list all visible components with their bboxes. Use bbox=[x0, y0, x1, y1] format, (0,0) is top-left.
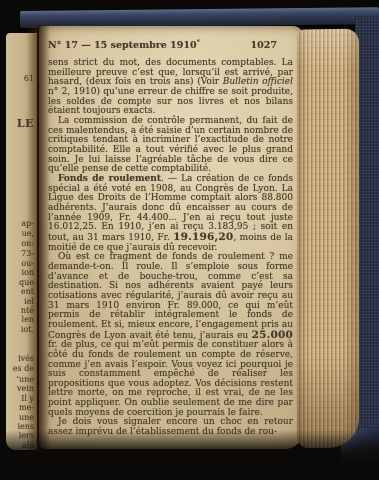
body-paragraph: Où est ce fragment de fonds de roulement… bbox=[48, 253, 293, 418]
body-paragraph: Fonds de roulement. — La création de ce … bbox=[48, 175, 293, 253]
footnote-mark: * bbox=[197, 39, 200, 46]
page-body: sens strict du mot, des documents compta… bbox=[48, 59, 293, 438]
text-segment: La commission de contrôle permanent, du … bbox=[48, 116, 293, 174]
text-segment: Fonds de roulement bbox=[58, 174, 161, 184]
text-segment: Bulletin officiel bbox=[223, 77, 293, 87]
gutter-shadow bbox=[27, 25, 50, 451]
book-cover-top-edge bbox=[20, 7, 379, 28]
text-segment: Où est ce fragment de fonds de roulement… bbox=[48, 252, 293, 340]
page-fore-edge-stack bbox=[297, 29, 359, 449]
text-segment: fr. de plus, ce qui m’eût permis de cons… bbox=[48, 340, 293, 418]
body-paragraph: sens strict du mot, des documents compta… bbox=[48, 59, 293, 117]
page-header: N° 17 — 15 septembre 1910* 1027 bbox=[48, 39, 293, 51]
book-page: N° 17 — 15 septembre 1910* 1027 sens str… bbox=[39, 26, 303, 449]
text-segment: 19.196,20 bbox=[173, 231, 233, 243]
text-segment: 25.000 bbox=[252, 329, 293, 341]
shadow-overlay bbox=[0, 430, 379, 480]
issue-text: N° 17 — 15 septembre 1910 bbox=[48, 40, 197, 51]
book-photo: 61LEap-ue,on:73-ou-ionqueentielntéleniot… bbox=[0, 0, 379, 480]
page-number: 1027 bbox=[251, 40, 293, 51]
issue-label: N° 17 — 15 septembre 1910* bbox=[48, 39, 200, 51]
text-segment: n° 2, 1910) qu’une erreur de chiffre se … bbox=[48, 87, 293, 116]
body-paragraph: La commission de contrôle permanent, du … bbox=[48, 117, 293, 175]
